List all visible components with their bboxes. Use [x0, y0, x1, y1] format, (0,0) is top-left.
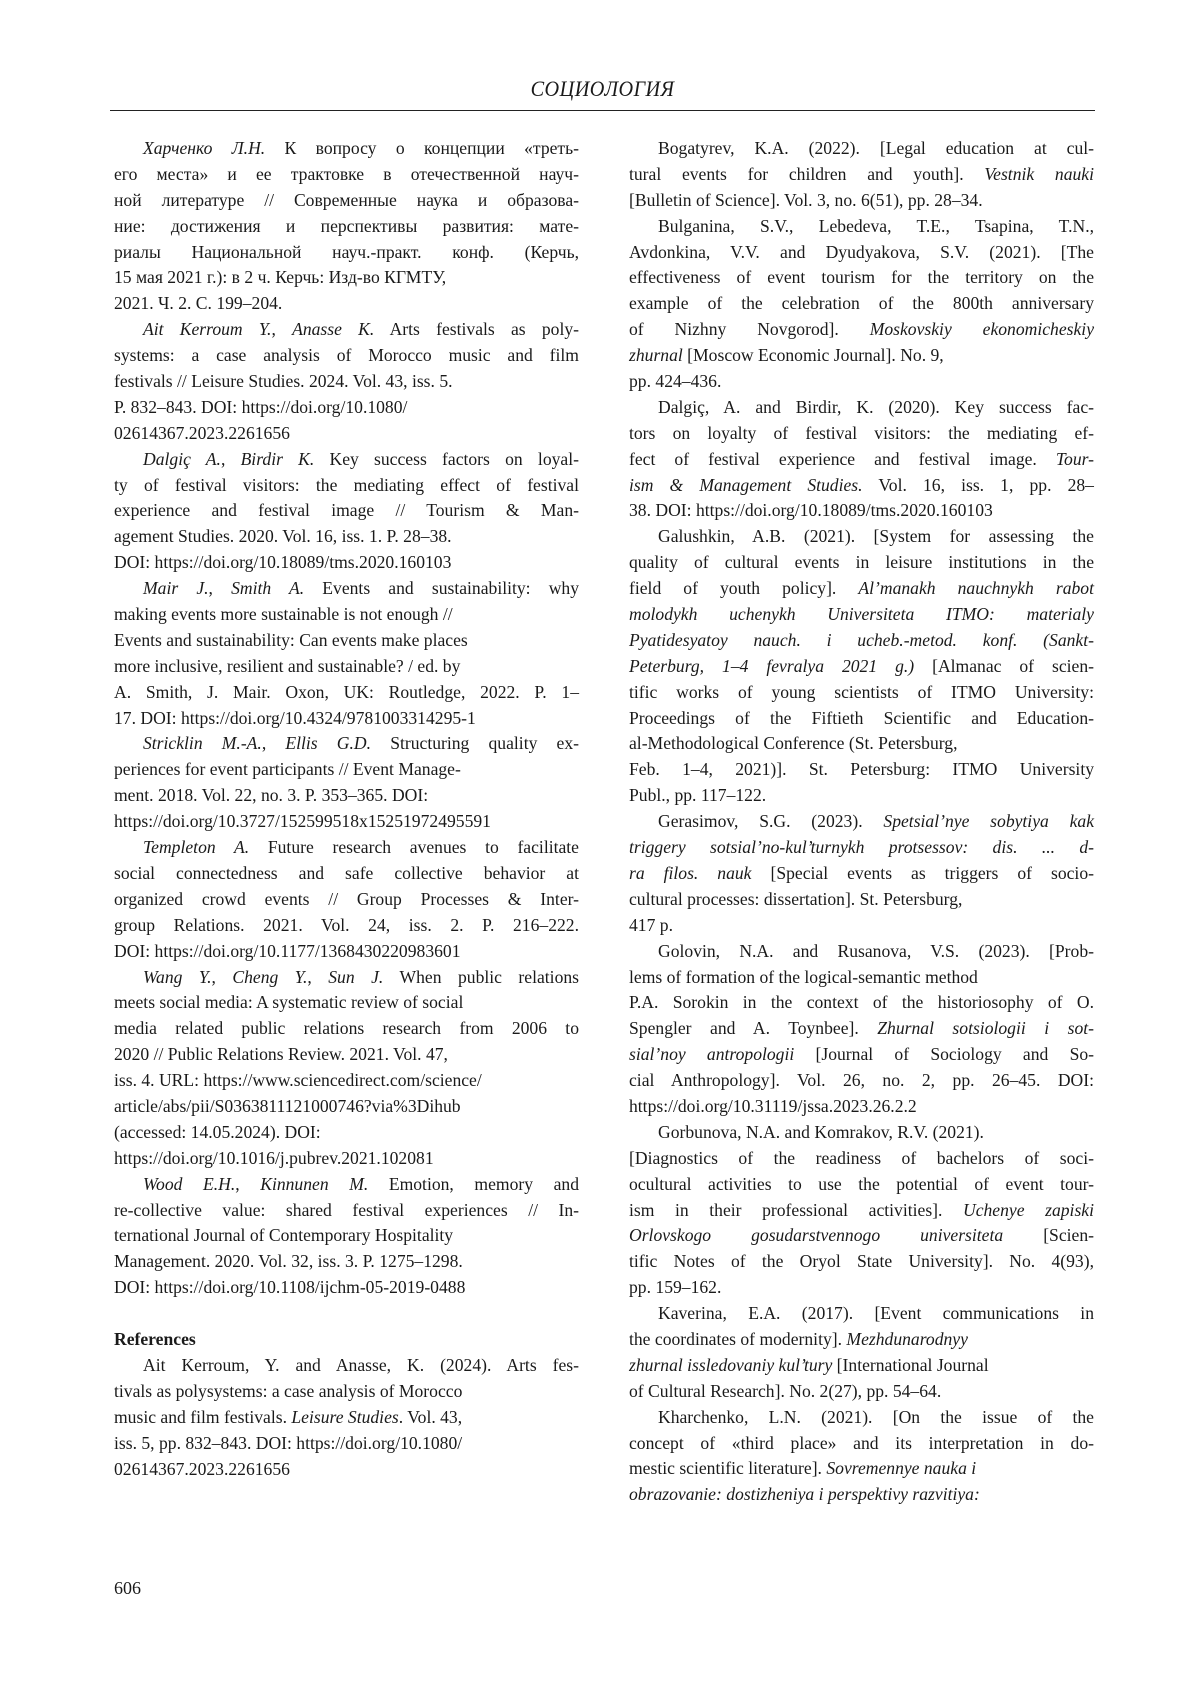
text: group Relations. 2021. Vol. 24, iss. 2. … — [114, 915, 579, 935]
text: Gorbunova, N.A. and Komrakov, R.V. (2021… — [658, 1122, 984, 1142]
reference-line: tific Notes of the Oryol State Universit… — [629, 1249, 1094, 1275]
text: [Journal of Sociology and So- — [794, 1044, 1094, 1064]
reference-line: Wood E.H., Kinnunen M. Emotion, memory a… — [114, 1172, 579, 1198]
reference-line: P. 832–843. DOI: https://doi.org/10.1080… — [114, 395, 579, 421]
reference-line: A. Smith, J. Mair. Oxon, UK: Routledge, … — [114, 680, 579, 706]
italic-text: triggery sotsial’no-kul’turnykh protsess… — [629, 837, 1094, 857]
reference-line: [Bulletin of Science]. Vol. 3, no. 6(51)… — [629, 188, 1094, 214]
text: , — [235, 1174, 260, 1194]
text: https://doi.org/10.3727/152599518x152519… — [114, 811, 491, 831]
references-heading: References — [114, 1327, 579, 1353]
text: cial Anthropology]. Vol. 26, no. 2, pp. … — [629, 1070, 1094, 1090]
italic-text: Uchenye zapiski — [963, 1200, 1094, 1220]
text: experience and festival image // Tourism… — [114, 500, 579, 520]
reference-line: ra filos. nauk [Special events as trigge… — [629, 861, 1094, 887]
text: tural events for children and youth]. — [629, 164, 984, 184]
reference-line: group Relations. 2021. Vol. 24, iss. 2. … — [114, 913, 579, 939]
reference-line: sial’noy antropologii [Journal of Sociol… — [629, 1042, 1094, 1068]
reference-line: triggery sotsial’no-kul’turnykh protsess… — [629, 835, 1094, 861]
reference-line: article/abs/pii/S0363811121000746?via%3D… — [114, 1094, 579, 1120]
text: Proceedings of the Fiftieth Scientific a… — [629, 708, 1094, 728]
italic-text: Mair J. — [143, 578, 209, 598]
italic-text: Ellis G.D. — [285, 733, 371, 753]
reference-line: Management. 2020. Vol. 32, iss. 3. P. 12… — [114, 1249, 579, 1275]
text: DOI: https://doi.org/10.1177/13684302209… — [114, 941, 461, 961]
text: Future research avenues to facilitate — [249, 837, 579, 857]
italic-text: Al’manakh nauchnykh rabot — [858, 578, 1094, 598]
reference-line: ment. 2018. Vol. 22, no. 3. P. 353–365. … — [114, 783, 579, 809]
page-number: 606 — [114, 1578, 141, 1599]
italic-text: Mezhdunarodnyy — [846, 1329, 968, 1349]
text: [Moscow Economic Journal]. No. 9, — [683, 345, 944, 365]
reference-line: (accessed: 14.05.2024). DOI: — [114, 1120, 579, 1146]
text: example of the celebration of the 800th … — [629, 293, 1094, 313]
text: Dalgiç, A. and Birdir, K. (2020). Key su… — [658, 397, 1094, 417]
text: ocultural activities to use the potentia… — [629, 1174, 1094, 1194]
reference-line: re-collective value: shared festival exp… — [114, 1198, 579, 1224]
text: effectiveness of event tourism for the t… — [629, 267, 1094, 287]
references-list-left: Ait Kerroum, Y. and Anasse, K. (2024). A… — [114, 1353, 579, 1482]
reference-entry: Gerasimov, S.G. (2023). Spetsial’nye sob… — [629, 809, 1094, 938]
reference-line: Templeton A. Future research avenues to … — [114, 835, 579, 861]
reference-line: of Cultural Research]. No. 2(27), pp. 54… — [629, 1379, 1094, 1405]
text: P.A. Sorokin in the context of the histo… — [629, 992, 1094, 1012]
reference-line: tors on loyalty of festival visitors: th… — [629, 421, 1094, 447]
italic-text: ra filos. nauk — [629, 863, 752, 883]
text: ism in their professional activities]. — [629, 1200, 963, 1220]
text: , — [221, 449, 241, 469]
text: 02614367.2023.2261656 — [114, 423, 290, 443]
text: ternational Journal of Contemporary Hosp… — [114, 1225, 453, 1245]
reference-line: lems of formation of the logical-semanti… — [629, 965, 1094, 991]
text: concept of «third place» and its interpr… — [629, 1433, 1094, 1453]
text: [Diagnostics of the readiness of bachelo… — [629, 1148, 1094, 1168]
text: Arts festivals as poly- — [374, 319, 579, 339]
text: Key success factors on loyal- — [314, 449, 579, 469]
text: lems of formation of the logical-semanti… — [629, 967, 978, 987]
text: meets social media: A systematic review … — [114, 992, 463, 1012]
text: Gerasimov, S.G. (2023). — [658, 811, 883, 831]
reference-line: mestic scientific literature]. Sovremenn… — [629, 1456, 1094, 1482]
text: Kharchenko, L.N. (2021). [On the issue o… — [658, 1407, 1094, 1427]
text: When public relations — [383, 967, 579, 987]
reference-line: P.A. Sorokin in the context of the histo… — [629, 990, 1094, 1016]
text: Bogatyrev, K.A. (2022). [Legal education… — [658, 138, 1094, 158]
reference-line: iss. 5, pp. 832–843. DOI: https://doi.or… — [114, 1431, 579, 1457]
reference-line: agement Studies. 2020. Vol. 16, iss. 1. … — [114, 524, 579, 550]
text: DOI: https://doi.org/10.18089/tms.2020.1… — [114, 552, 451, 572]
reference-line: ternational Journal of Contemporary Hosp… — [114, 1223, 579, 1249]
italic-text: ism & Management Studies. — [629, 475, 863, 495]
reference-line: periences for event participants // Even… — [114, 757, 579, 783]
reference-line: social connectedness and safe collective… — [114, 861, 579, 887]
text: Structuring quality ex- — [371, 733, 579, 753]
text: of Nizhny Novgorod]. — [629, 319, 870, 339]
italic-text: Wang Y. — [143, 967, 211, 987]
text: DOI: https://doi.org/10.1108/ijchm-05-20… — [114, 1277, 465, 1297]
italic-text: Sovremennye nauka i — [826, 1458, 976, 1478]
reference-entry: Ait Kerroum Y., Anasse K. Arts festivals… — [114, 317, 579, 446]
reference-line: ism in their professional activities]. U… — [629, 1198, 1094, 1224]
italic-text: Leisure Studies — [291, 1407, 398, 1427]
italic-text: Sun J. — [328, 967, 383, 987]
text: , — [209, 578, 232, 598]
text: его места» и ее трактовке в отечественно… — [114, 164, 579, 184]
text: 417 p. — [629, 915, 673, 935]
reference-line: Ait Kerroum, Y. and Anasse, K. (2024). A… — [114, 1353, 579, 1379]
reference-line: https://doi.org/10.31119/jssa.2023.26.2.… — [629, 1094, 1094, 1120]
reference-line: media related public relations research … — [114, 1016, 579, 1042]
reference-line: pp. 159–162. — [629, 1275, 1094, 1301]
reference-line: Gorbunova, N.A. and Komrakov, R.V. (2021… — [629, 1120, 1094, 1146]
text: , — [271, 319, 292, 339]
reference-line: pp. 424–436. — [629, 369, 1094, 395]
reference-line: риалы Национальной науч.-практ. конф. (К… — [114, 240, 579, 266]
text: Kaverina, E.A. (2017). [Event communicat… — [658, 1303, 1094, 1323]
reference-line: 2021. Ч. 2. С. 199–204. — [114, 291, 579, 317]
text: the coordinates of modernity]. — [629, 1329, 846, 1349]
reference-entry: Dalgiç, A. and Birdir, K. (2020). Key su… — [629, 395, 1094, 524]
text: pp. 424–436. — [629, 371, 721, 391]
text: Ait Kerroum, Y. and Anasse, K. (2024). A… — [143, 1355, 579, 1375]
text: Management. 2020. Vol. 32, iss. 3. P. 12… — [114, 1251, 463, 1271]
reference-line: https://doi.org/10.3727/152599518x152519… — [114, 809, 579, 835]
text: . Vol. 43, — [399, 1407, 462, 1427]
reference-line: Events and sustainability: Can events ma… — [114, 628, 579, 654]
text: , — [307, 967, 328, 987]
text: , — [262, 733, 286, 753]
reference-line: more inclusive, resilient and sustainabl… — [114, 654, 579, 680]
reference-line: organized crowd events // Group Processe… — [114, 887, 579, 913]
reference-entry: Templeton A. Future research avenues to … — [114, 835, 579, 964]
italic-text: Stricklin M.-A. — [143, 733, 262, 753]
text: (accessed: 14.05.2024). DOI: — [114, 1122, 321, 1142]
italic-text: molodykh uchenykh Universiteta ITMO: mat… — [629, 604, 1094, 624]
reference-entry: Bulganina, S.V., Lebedeva, T.E., Tsapina… — [629, 214, 1094, 395]
text: [International Journal — [832, 1355, 988, 1375]
text: music and film festivals. — [114, 1407, 291, 1427]
reference-line: field of youth policy]. Al’manakh nauchn… — [629, 576, 1094, 602]
reference-line: ной литературе // Современные наука и об… — [114, 188, 579, 214]
reference-line: 38. DOI: https://doi.org/10.18089/tms.20… — [629, 498, 1094, 524]
running-title: СОЦИОЛОГИЯ — [149, 76, 1055, 102]
reference-line: example of the celebration of the 800th … — [629, 291, 1094, 317]
reference-line: Wang Y., Cheng Y., Sun J. When public re… — [114, 965, 579, 991]
text: Publ., pp. 117–122. — [629, 785, 766, 805]
reference-line: festivals // Leisure Studies. 2024. Vol.… — [114, 369, 579, 395]
text: https://doi.org/10.31119/jssa.2023.26.2.… — [629, 1096, 917, 1116]
reference-line: DOI: https://doi.org/10.1177/13684302209… — [114, 939, 579, 965]
text: 2020 // Public Relations Review. 2021. V… — [114, 1044, 448, 1064]
text: periences for event participants // Even… — [114, 759, 461, 779]
italic-text: Pyatidesyatoy nauch. i ucheb.-metod. kon… — [629, 630, 1094, 650]
text: Events and sustainability: Can events ma… — [114, 630, 468, 650]
right-column: Bogatyrev, K.A. (2022). [Legal education… — [629, 136, 1094, 1508]
text: tific works of young scientists of ITMO … — [629, 682, 1094, 702]
left-column: Харченко Л.Н. К вопросу о концепции «тре… — [114, 136, 579, 1482]
reference-line: al-Methodological Conference (St. Peters… — [629, 731, 1094, 757]
reference-line: systems: a case analysis of Morocco musi… — [114, 343, 579, 369]
reference-line: effectiveness of event tourism for the t… — [629, 265, 1094, 291]
italic-text: Zhurnal sotsiologii i sot- — [877, 1018, 1094, 1038]
reference-line: 17. DOI: https://doi.org/10.4324/9781003… — [114, 706, 579, 732]
italic-text: Anasse K. — [292, 319, 374, 339]
reference-line: iss. 4. URL: https://www.sciencedirect.c… — [114, 1068, 579, 1094]
text: 2021. Ч. 2. С. 199–204. — [114, 293, 282, 313]
text: 15 мая 2021 г.): в 2 ч. Керчь: Изд-во КГ… — [114, 267, 446, 287]
italic-text: Birdir K. — [241, 449, 315, 469]
reference-entry: Dalgiç A., Birdir K. Key success factors… — [114, 447, 579, 576]
reference-line: Kaverina, E.A. (2017). [Event communicat… — [629, 1301, 1094, 1327]
reference-line: obrazovanie: dostizheniya i perspektivy … — [629, 1482, 1094, 1508]
text: iss. 4. URL: https://www.sciencedirect.c… — [114, 1070, 482, 1090]
text: systems: a case analysis of Morocco musi… — [114, 345, 579, 365]
reference-line: molodykh uchenykh Universiteta ITMO: mat… — [629, 602, 1094, 628]
text: риалы Национальной науч.-практ. конф. (К… — [114, 242, 579, 262]
reference-line: Dalgiç, A. and Birdir, K. (2020). Key su… — [629, 395, 1094, 421]
italic-text: Tour- — [1056, 449, 1094, 469]
text: ty of festival visitors: the mediating e… — [114, 475, 579, 495]
section-gap — [114, 1301, 579, 1327]
text: Events and sustainability: why — [304, 578, 579, 598]
reference-entry: Gorbunova, N.A. and Komrakov, R.V. (2021… — [629, 1120, 1094, 1301]
italic-text: sial’noy antropologii — [629, 1044, 794, 1064]
reference-line: DOI: https://doi.org/10.1108/ijchm-05-20… — [114, 1275, 579, 1301]
italic-text: Smith A. — [231, 578, 304, 598]
reference-line: tural events for children and youth]. Ve… — [629, 162, 1094, 188]
italic-text: Ait Kerroum Y. — [143, 319, 271, 339]
italic-text: Dalgiç A. — [143, 449, 221, 469]
text: , — [211, 967, 232, 987]
reference-line: tific works of young scientists of ITMO … — [629, 680, 1094, 706]
text: ной литературе // Современные наука и об… — [114, 190, 579, 210]
italic-text: Peterburg, 1–4 fevralya 2021 g.) — [629, 656, 914, 676]
reference-entry: Bogatyrev, K.A. (2022). [Legal education… — [629, 136, 1094, 214]
text: fect of festival experience and festival… — [629, 449, 1056, 469]
reference-entry: Kaverina, E.A. (2017). [Event communicat… — [629, 1301, 1094, 1405]
text: https://doi.org/10.1016/j.pubrev.2021.10… — [114, 1148, 434, 1168]
reference-line: Feb. 1–4, 2021)]. St. Petersburg: ITMO U… — [629, 757, 1094, 783]
reference-line: the coordinates of modernity]. Mezhdunar… — [629, 1327, 1094, 1353]
italic-text: Kinnunen M. — [260, 1174, 368, 1194]
reference-line: making events more sustainable is not en… — [114, 602, 579, 628]
italic-text: obrazovanie: dostizheniya i perspektivy … — [629, 1484, 980, 1504]
reference-line: 15 мая 2021 г.): в 2 ч. Керчь: Изд-во КГ… — [114, 265, 579, 291]
text: festivals // Leisure Studies. 2024. Vol.… — [114, 371, 453, 391]
reference-line: ние: достижения и перспективы развития: … — [114, 214, 579, 240]
reference-line: Bogatyrev, K.A. (2022). [Legal education… — [629, 136, 1094, 162]
reference-line: experience and festival image // Tourism… — [114, 498, 579, 524]
reference-line: quality of cultural events in leisure in… — [629, 550, 1094, 576]
reference-line: Proceedings of the Fiftieth Scientific a… — [629, 706, 1094, 732]
text: quality of cultural events in leisure in… — [629, 552, 1094, 572]
reference-entry: Ait Kerroum, Y. and Anasse, K. (2024). A… — [114, 1353, 579, 1482]
reference-line: ocultural activities to use the potentia… — [629, 1172, 1094, 1198]
text: Golovin, N.A. and Rusanova, V.S. (2023).… — [658, 941, 1094, 961]
text: social connectedness and safe collective… — [114, 863, 579, 883]
text: Spengler and A. Toynbee]. — [629, 1018, 877, 1038]
text: re-collective value: shared festival exp… — [114, 1200, 579, 1220]
reference-line: concept of «third place» and its interpr… — [629, 1431, 1094, 1457]
text: tific Notes of the Oryol State Universit… — [629, 1251, 1094, 1271]
text: [Almanac of scien- — [914, 656, 1094, 676]
reference-line: Galushkin, A.B. (2021). [System for asse… — [629, 524, 1094, 550]
text: article/abs/pii/S0363811121000746?via%3D… — [114, 1096, 461, 1116]
text: tors on loyalty of festival visitors: th… — [629, 423, 1094, 443]
reference-line: Gerasimov, S.G. (2023). Spetsial’nye sob… — [629, 809, 1094, 835]
text: ние: достижения и перспективы развития: … — [114, 216, 579, 236]
text: pp. 159–162. — [629, 1277, 721, 1297]
text: P. 832–843. DOI: https://doi.org/10.1080… — [114, 397, 407, 417]
italic-text: Orlovskogo gosudarstvennogo universiteta — [629, 1225, 1003, 1245]
reference-line: of Nizhny Novgorod]. Moskovskiy ekonomic… — [629, 317, 1094, 343]
reference-line: [Diagnostics of the readiness of bachelo… — [629, 1146, 1094, 1172]
reference-line: DOI: https://doi.org/10.18089/tms.2020.1… — [114, 550, 579, 576]
text: making events more sustainable is not en… — [114, 604, 453, 624]
reference-line: Golovin, N.A. and Rusanova, V.S. (2023).… — [629, 939, 1094, 965]
text: Vol. 16, iss. 1, pp. 28– — [863, 475, 1094, 495]
text: ment. 2018. Vol. 22, no. 3. P. 353–365. … — [114, 785, 428, 805]
reference-line: zhurnal issledovaniy kul’tury [Internati… — [629, 1353, 1094, 1379]
header-rule — [110, 110, 1095, 111]
text: Galushkin, A.B. (2021). [System for asse… — [658, 526, 1094, 546]
reference-line: cial Anthropology]. Vol. 26, no. 2, pp. … — [629, 1068, 1094, 1094]
reference-entry: Wood E.H., Kinnunen M. Emotion, memory a… — [114, 1172, 579, 1301]
references-list-right: Bogatyrev, K.A. (2022). [Legal education… — [629, 136, 1094, 1508]
reference-entry: Wang Y., Cheng Y., Sun J. When public re… — [114, 965, 579, 1172]
text: media related public relations research … — [114, 1018, 579, 1038]
reference-line: https://doi.org/10.1016/j.pubrev.2021.10… — [114, 1146, 579, 1172]
text: of Cultural Research]. No. 2(27), pp. 54… — [629, 1381, 941, 1401]
text: mestic scientific literature]. — [629, 1458, 826, 1478]
reference-line: cultural processes: dissertation]. St. P… — [629, 887, 1094, 913]
reference-line: fect of festival experience and festival… — [629, 447, 1094, 473]
reference-line: zhurnal [Moscow Economic Journal]. No. 9… — [629, 343, 1094, 369]
italic-text: Vestnik nauki — [984, 164, 1094, 184]
text: organized crowd events // Group Processe… — [114, 889, 579, 909]
text: more inclusive, resilient and sustainabl… — [114, 656, 460, 676]
text: К вопросу о концепции «треть- — [265, 138, 579, 158]
text: [Scien- — [1003, 1225, 1094, 1245]
text: al-Methodological Conference (St. Peters… — [629, 733, 958, 753]
reference-line: Spengler and A. Toynbee]. Zhurnal sotsio… — [629, 1016, 1094, 1042]
reference-line: Ait Kerroum Y., Anasse K. Arts festivals… — [114, 317, 579, 343]
italic-text: Cheng Y. — [232, 967, 307, 987]
text: Bulganina, S.V., Lebedeva, T.E., Tsapina… — [658, 216, 1094, 236]
text: 02614367.2023.2261656 — [114, 1459, 290, 1479]
text: [Bulletin of Science]. Vol. 3, no. 6(51)… — [629, 190, 983, 210]
text: 17. DOI: https://doi.org/10.4324/9781003… — [114, 708, 476, 728]
reference-line: Publ., pp. 117–122. — [629, 783, 1094, 809]
text: [Special events as triggers of socio- — [752, 863, 1094, 883]
reference-line: Avdonkina, V.V. and Dyudyakova, S.V. (20… — [629, 240, 1094, 266]
reference-entry: Kharchenko, L.N. (2021). [On the issue o… — [629, 1405, 1094, 1509]
reference-entry: Mair J., Smith A. Events and sustainabil… — [114, 576, 579, 731]
reference-line: Peterburg, 1–4 fevralya 2021 g.) [Almana… — [629, 654, 1094, 680]
bibliography-list: Харченко Л.Н. К вопросу о концепции «тре… — [114, 136, 579, 1301]
reference-entry: Golovin, N.A. and Rusanova, V.S. (2023).… — [629, 939, 1094, 1120]
text: A. Smith, J. Mair. Oxon, UK: Routledge, … — [114, 682, 579, 702]
reference-line: music and film festivals. Leisure Studie… — [114, 1405, 579, 1431]
italic-text: Spetsial’nye sobytiya kak — [883, 811, 1094, 831]
reference-line: Dalgiç A., Birdir K. Key success factors… — [114, 447, 579, 473]
italic-text: Wood E.H. — [143, 1174, 235, 1194]
text: cultural processes: dissertation]. St. P… — [629, 889, 962, 909]
italic-text: zhurnal — [629, 345, 683, 365]
text: 38. DOI: https://doi.org/10.18089/tms.20… — [629, 500, 993, 520]
italic-text: Moskovskiy ekonomicheskiy — [870, 319, 1094, 339]
reference-line: его места» и ее трактовке в отечественно… — [114, 162, 579, 188]
reference-line: 417 p. — [629, 913, 1094, 939]
reference-line: Bulganina, S.V., Lebedeva, T.E., Tsapina… — [629, 214, 1094, 240]
reference-line: meets social media: A systematic review … — [114, 990, 579, 1016]
reference-entry: Stricklin M.-A., Ellis G.D. Structuring … — [114, 731, 579, 835]
text: Feb. 1–4, 2021)]. St. Petersburg: ITMO U… — [629, 759, 1094, 779]
reference-entry: Galushkin, A.B. (2021). [System for asse… — [629, 524, 1094, 809]
reference-line: Stricklin M.-A., Ellis G.D. Structuring … — [114, 731, 579, 757]
text: tivals as polysystems: a case analysis o… — [114, 1381, 462, 1401]
reference-line: Харченко Л.Н. К вопросу о концепции «тре… — [114, 136, 579, 162]
reference-line: 02614367.2023.2261656 — [114, 421, 579, 447]
reference-line: Orlovskogo gosudarstvennogo universiteta… — [629, 1223, 1094, 1249]
reference-line: Kharchenko, L.N. (2021). [On the issue o… — [629, 1405, 1094, 1431]
italic-text: zhurnal issledovaniy kul’tury — [629, 1355, 832, 1375]
reference-line: Pyatidesyatoy nauch. i ucheb.-metod. kon… — [629, 628, 1094, 654]
text: Emotion, memory and — [368, 1174, 579, 1194]
reference-line: 2020 // Public Relations Review. 2021. V… — [114, 1042, 579, 1068]
text: iss. 5, pp. 832–843. DOI: https://doi.or… — [114, 1433, 462, 1453]
text: field of youth policy]. — [629, 578, 858, 598]
reference-line: ty of festival visitors: the mediating e… — [114, 473, 579, 499]
italic-text: Templeton A. — [143, 837, 249, 857]
text: agement Studies. 2020. Vol. 16, iss. 1. … — [114, 526, 452, 546]
reference-line: Mair J., Smith A. Events and sustainabil… — [114, 576, 579, 602]
reference-line: tivals as polysystems: a case analysis o… — [114, 1379, 579, 1405]
text: Avdonkina, V.V. and Dyudyakova, S.V. (20… — [629, 242, 1094, 262]
reference-line: 02614367.2023.2261656 — [114, 1457, 579, 1483]
reference-entry: Харченко Л.Н. К вопросу о концепции «тре… — [114, 136, 579, 317]
italic-text: Харченко Л.Н. — [143, 138, 265, 158]
reference-line: ism & Management Studies. Vol. 16, iss. … — [629, 473, 1094, 499]
